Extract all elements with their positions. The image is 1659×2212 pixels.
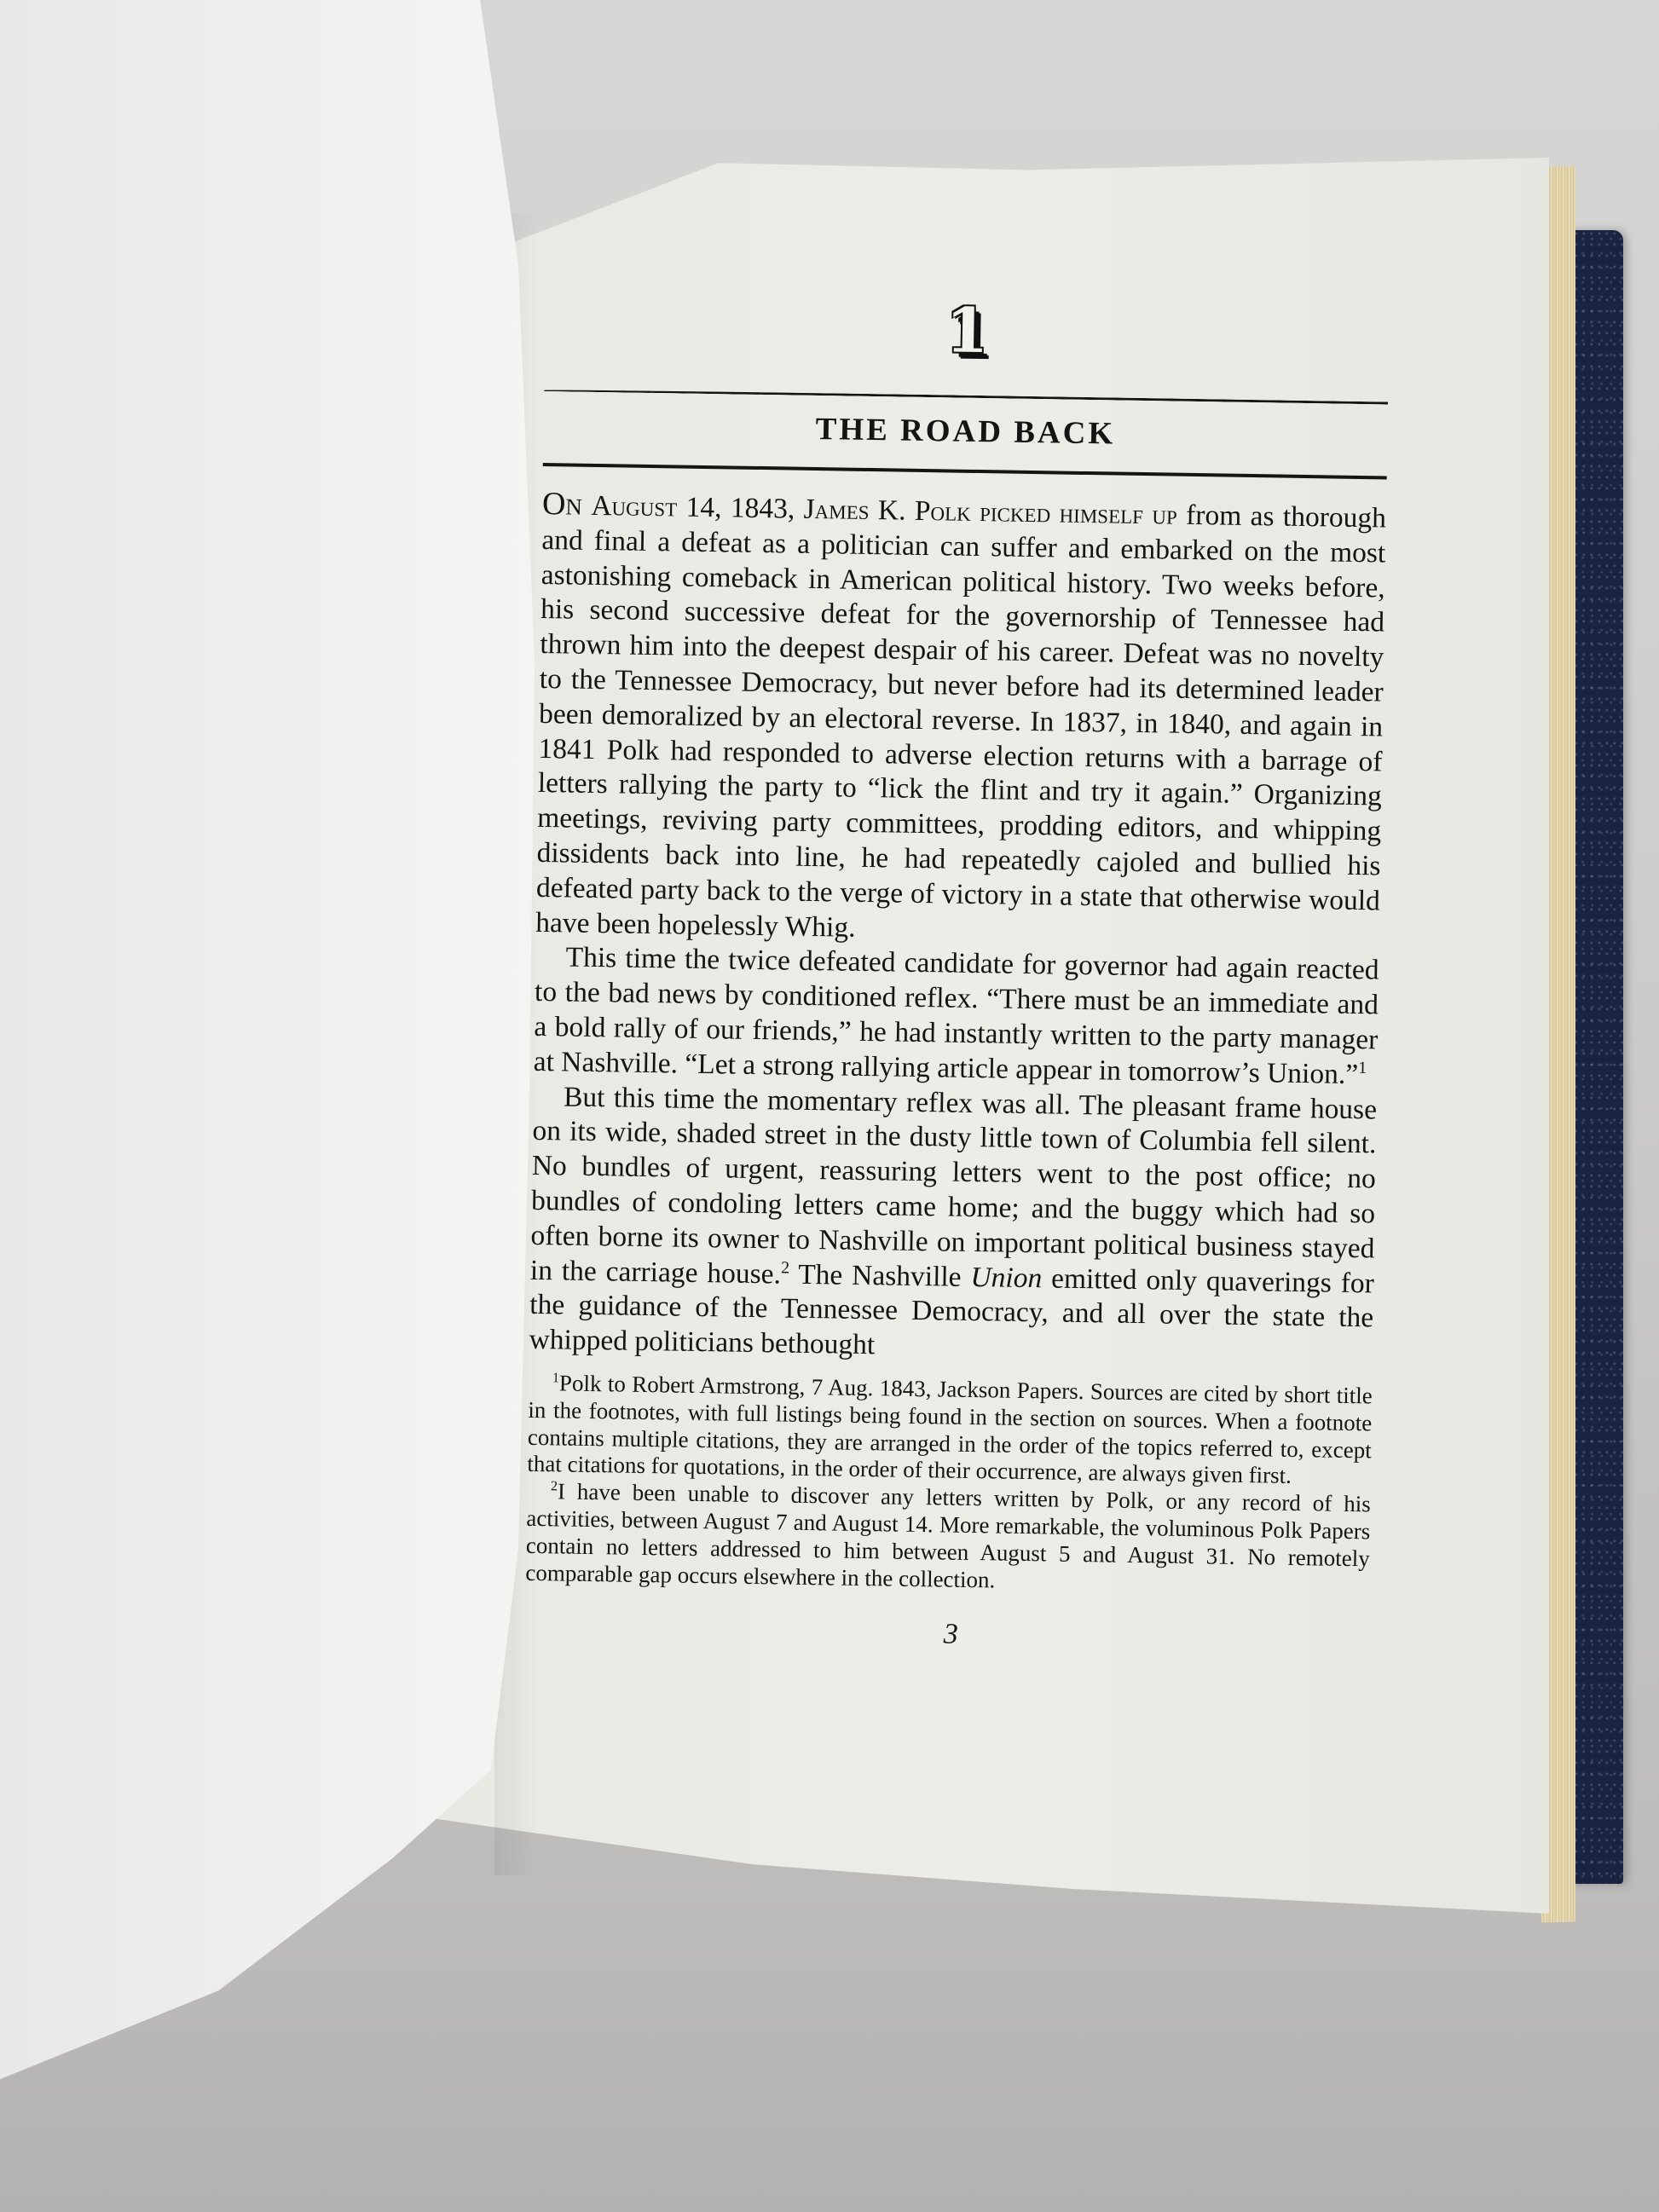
body-text: On August 14, 1843, James K. Polk picked… [529, 487, 1386, 1371]
footnote-1-text: Polk to Robert Armstrong, 7 Aug. 1843, J… [527, 1370, 1373, 1488]
paragraph-3: But this time the momentary reflex was a… [529, 1079, 1377, 1371]
paragraph-1: On August 14, 1843, James K. Polk picked… [535, 487, 1386, 954]
chapter-title: THE ROAD BACK [543, 391, 1388, 476]
footnote-2: 2I have been unable to discover any lett… [525, 1478, 1371, 1600]
footnote-ref-2[interactable]: 2 [781, 1258, 789, 1277]
page-text-block: 1 THE ROAD BACK On August 14, 1843, Jame… [524, 290, 1390, 1658]
opening-word: On [542, 486, 583, 523]
paragraph-2: This time the twice defeated candidate f… [533, 940, 1379, 1093]
opening-smallcaps-2: James K. Polk picked himself up [803, 494, 1177, 531]
opening-smallcaps-1: August [591, 490, 677, 523]
paragraph-3-text-b: The Nashville [789, 1258, 971, 1292]
paragraph-2-text: This time the twice defeated candidate f… [533, 942, 1379, 1090]
footnotes: 1Polk to Robert Armstrong, 7 Aug. 1843, … [525, 1370, 1373, 1600]
opening-date: 14, 1843, [677, 491, 804, 524]
footnote-ref-1[interactable]: 1 [1358, 1059, 1367, 1077]
paragraph-3-text-a: But this time the momentary reflex was a… [530, 1081, 1378, 1290]
paragraph-1-text: from as thorough and final a defeat as a… [535, 500, 1386, 944]
footnote-2-text: I have been unable to discover any lette… [525, 1479, 1371, 1592]
chapter-number: 1 [545, 290, 1390, 378]
newspaper-name: Union [970, 1262, 1042, 1294]
footnote-1: 1Polk to Robert Armstrong, 7 Aug. 1843, … [527, 1370, 1373, 1492]
